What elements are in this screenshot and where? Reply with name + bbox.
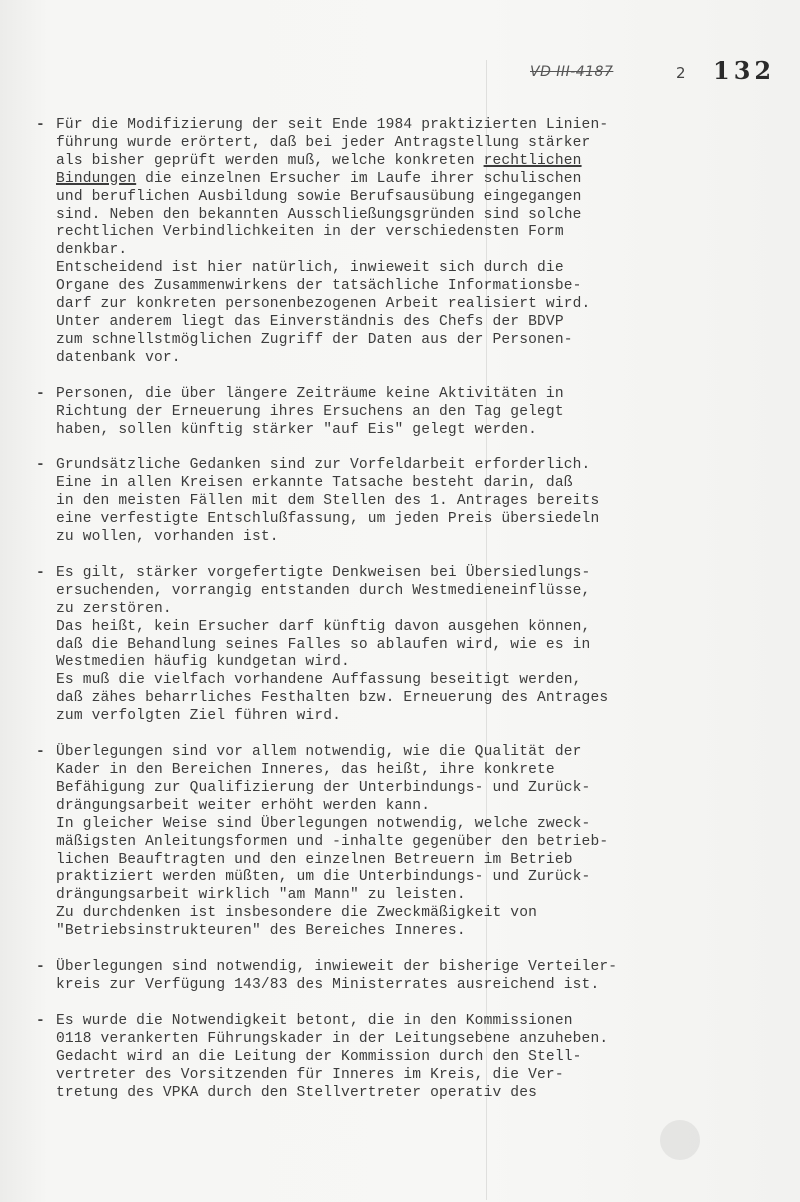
bullet-dash: - <box>36 117 45 135</box>
bullet-item: -Für die Modifizierung der seit Ende 198… <box>36 117 776 368</box>
text-line: Eine in allen Kreisen erkannte Tatsache … <box>56 475 776 493</box>
text-line: eine verfestigte Entschlußfassung, um je… <box>56 511 776 529</box>
text-line: Für die Modifizierung der seit Ende 1984… <box>56 117 776 135</box>
text-line: datenbank vor. <box>56 350 776 368</box>
text-line: Befähigung zur Qualifizierung der Unterb… <box>56 780 776 798</box>
text-line: Kader in den Bereichen Inneres, das heiß… <box>56 762 776 780</box>
text-line: Bindungen die einzelnen Ersucher im Lauf… <box>56 171 776 189</box>
underlined-phrase: Bindungen <box>56 171 136 187</box>
text-line: zum verfolgten Ziel führen wird. <box>56 708 776 726</box>
page-subnumber: 2 <box>676 64 686 82</box>
document-page: VD III-4187 2 132 -Für die Modifizierung… <box>0 0 800 1202</box>
text-line: ersuchenden, vorrangig entstanden durch … <box>56 583 776 601</box>
text-line: Entscheidend ist hier natürlich, inwiewe… <box>56 260 776 278</box>
text-line: mäßigsten Anleitungsformen und -inhalte … <box>56 834 776 852</box>
text-line: daß die Behandlung seines Falles so abla… <box>56 637 776 655</box>
text-line: als bisher geprüft werden muß, welche ko… <box>56 153 776 171</box>
text-line: Es gilt, stärker vorgefertigte Denkweise… <box>56 565 776 583</box>
paper-stain <box>660 1120 700 1160</box>
bullet-dash: - <box>36 959 45 977</box>
text-line: Richtung der Erneuerung ihres Ersuchens … <box>56 404 776 422</box>
text-line: Gedacht wird an die Leitung der Kommissi… <box>56 1049 776 1067</box>
bullet-item: -Überlegungen sind vor allem notwendig, … <box>36 744 776 941</box>
text-line: 0118 verankerten Führungskader in der Le… <box>56 1031 776 1049</box>
text-line: lichen Beauftragten und den einzelnen Be… <box>56 852 776 870</box>
bullet-dash: - <box>36 1013 45 1031</box>
text-line: Es wurde die Notwendigkeit betont, die i… <box>56 1013 776 1031</box>
bullet-item: -Überlegungen sind notwendig, inwieweit … <box>36 959 776 995</box>
text-line: und beruflichen Ausbildung sowie Berufsa… <box>56 189 776 207</box>
text-line: rechtlichen Verbindlichkeiten in der ver… <box>56 224 776 242</box>
text-line: in den meisten Fällen mit dem Stellen de… <box>56 493 776 511</box>
bullet-dash: - <box>36 565 45 583</box>
text-line: Zu durchdenken ist insbesondere die Zwec… <box>56 905 776 923</box>
text-line: "Betriebsinstrukteuren" des Bereiches In… <box>56 923 776 941</box>
text-line: vertreter des Vorsitzenden für Inneres i… <box>56 1067 776 1085</box>
document-body: -Für die Modifizierung der seit Ende 198… <box>36 117 776 1120</box>
text-line: zum schnellstmöglichen Zugriff der Daten… <box>56 332 776 350</box>
text-line: zu wollen, vorhanden ist. <box>56 529 776 547</box>
bullet-dash: - <box>36 386 45 404</box>
text-line: daß zähes beharrliches Festhalten bzw. E… <box>56 690 776 708</box>
text-line: Es muß die vielfach vorhandene Auffassun… <box>56 672 776 690</box>
text-line: Organe des Zusammenwirkens der tatsächli… <box>56 278 776 296</box>
text-line: haben, sollen künftig stärker "auf Eis" … <box>56 422 776 440</box>
bullet-item: -Grundsätzliche Gedanken sind zur Vorfel… <box>36 457 776 547</box>
text-line: praktiziert werden müßten, um die Unterb… <box>56 869 776 887</box>
text-line: kreis zur Verfügung 143/83 des Ministerr… <box>56 977 776 995</box>
text-line: Personen, die über längere Zeiträume kei… <box>56 386 776 404</box>
text-line: drängungsarbeit weiter erhöht werden kan… <box>56 798 776 816</box>
bullet-item: -Personen, die über längere Zeiträume ke… <box>36 386 776 440</box>
text-line: Überlegungen sind notwendig, inwieweit d… <box>56 959 776 977</box>
underlined-phrase: rechtlichen <box>484 153 582 169</box>
text-line: zu zerstören. <box>56 601 776 619</box>
text-line: Das heißt, kein Ersucher darf künftig da… <box>56 619 776 637</box>
text-line: Grundsätzliche Gedanken sind zur Vorfeld… <box>56 457 776 475</box>
text-line: tretung des VPKA durch den Stellvertrete… <box>56 1085 776 1103</box>
bullet-item: -Es wurde die Notwendigkeit betont, die … <box>36 1013 776 1103</box>
archive-reference: VD III-4187 <box>530 64 613 80</box>
text-line: Überlegungen sind vor allem notwendig, w… <box>56 744 776 762</box>
text-line: Westmedien häufig kundgetan wird. <box>56 654 776 672</box>
text-line: drängungsarbeit wirklich "am Mann" zu le… <box>56 887 776 905</box>
text-line: darf zur konkreten personenbezogenen Arb… <box>56 296 776 314</box>
bullet-dash: - <box>36 744 45 762</box>
text-line: In gleicher Weise sind Überlegungen notw… <box>56 816 776 834</box>
text-line: sind. Neben den bekannten Ausschließungs… <box>56 207 776 225</box>
text-line: führung wurde erörtert, daß bei jeder An… <box>56 135 776 153</box>
text-line: denkbar. <box>56 242 776 260</box>
bullet-dash: - <box>36 457 45 475</box>
page-number: 132 <box>713 56 775 85</box>
page-header: VD III-4187 2 132 <box>530 56 770 90</box>
bullet-item: -Es gilt, stärker vorgefertigte Denkweis… <box>36 565 776 726</box>
text-line: Unter anderem liegt das Einverständnis d… <box>56 314 776 332</box>
